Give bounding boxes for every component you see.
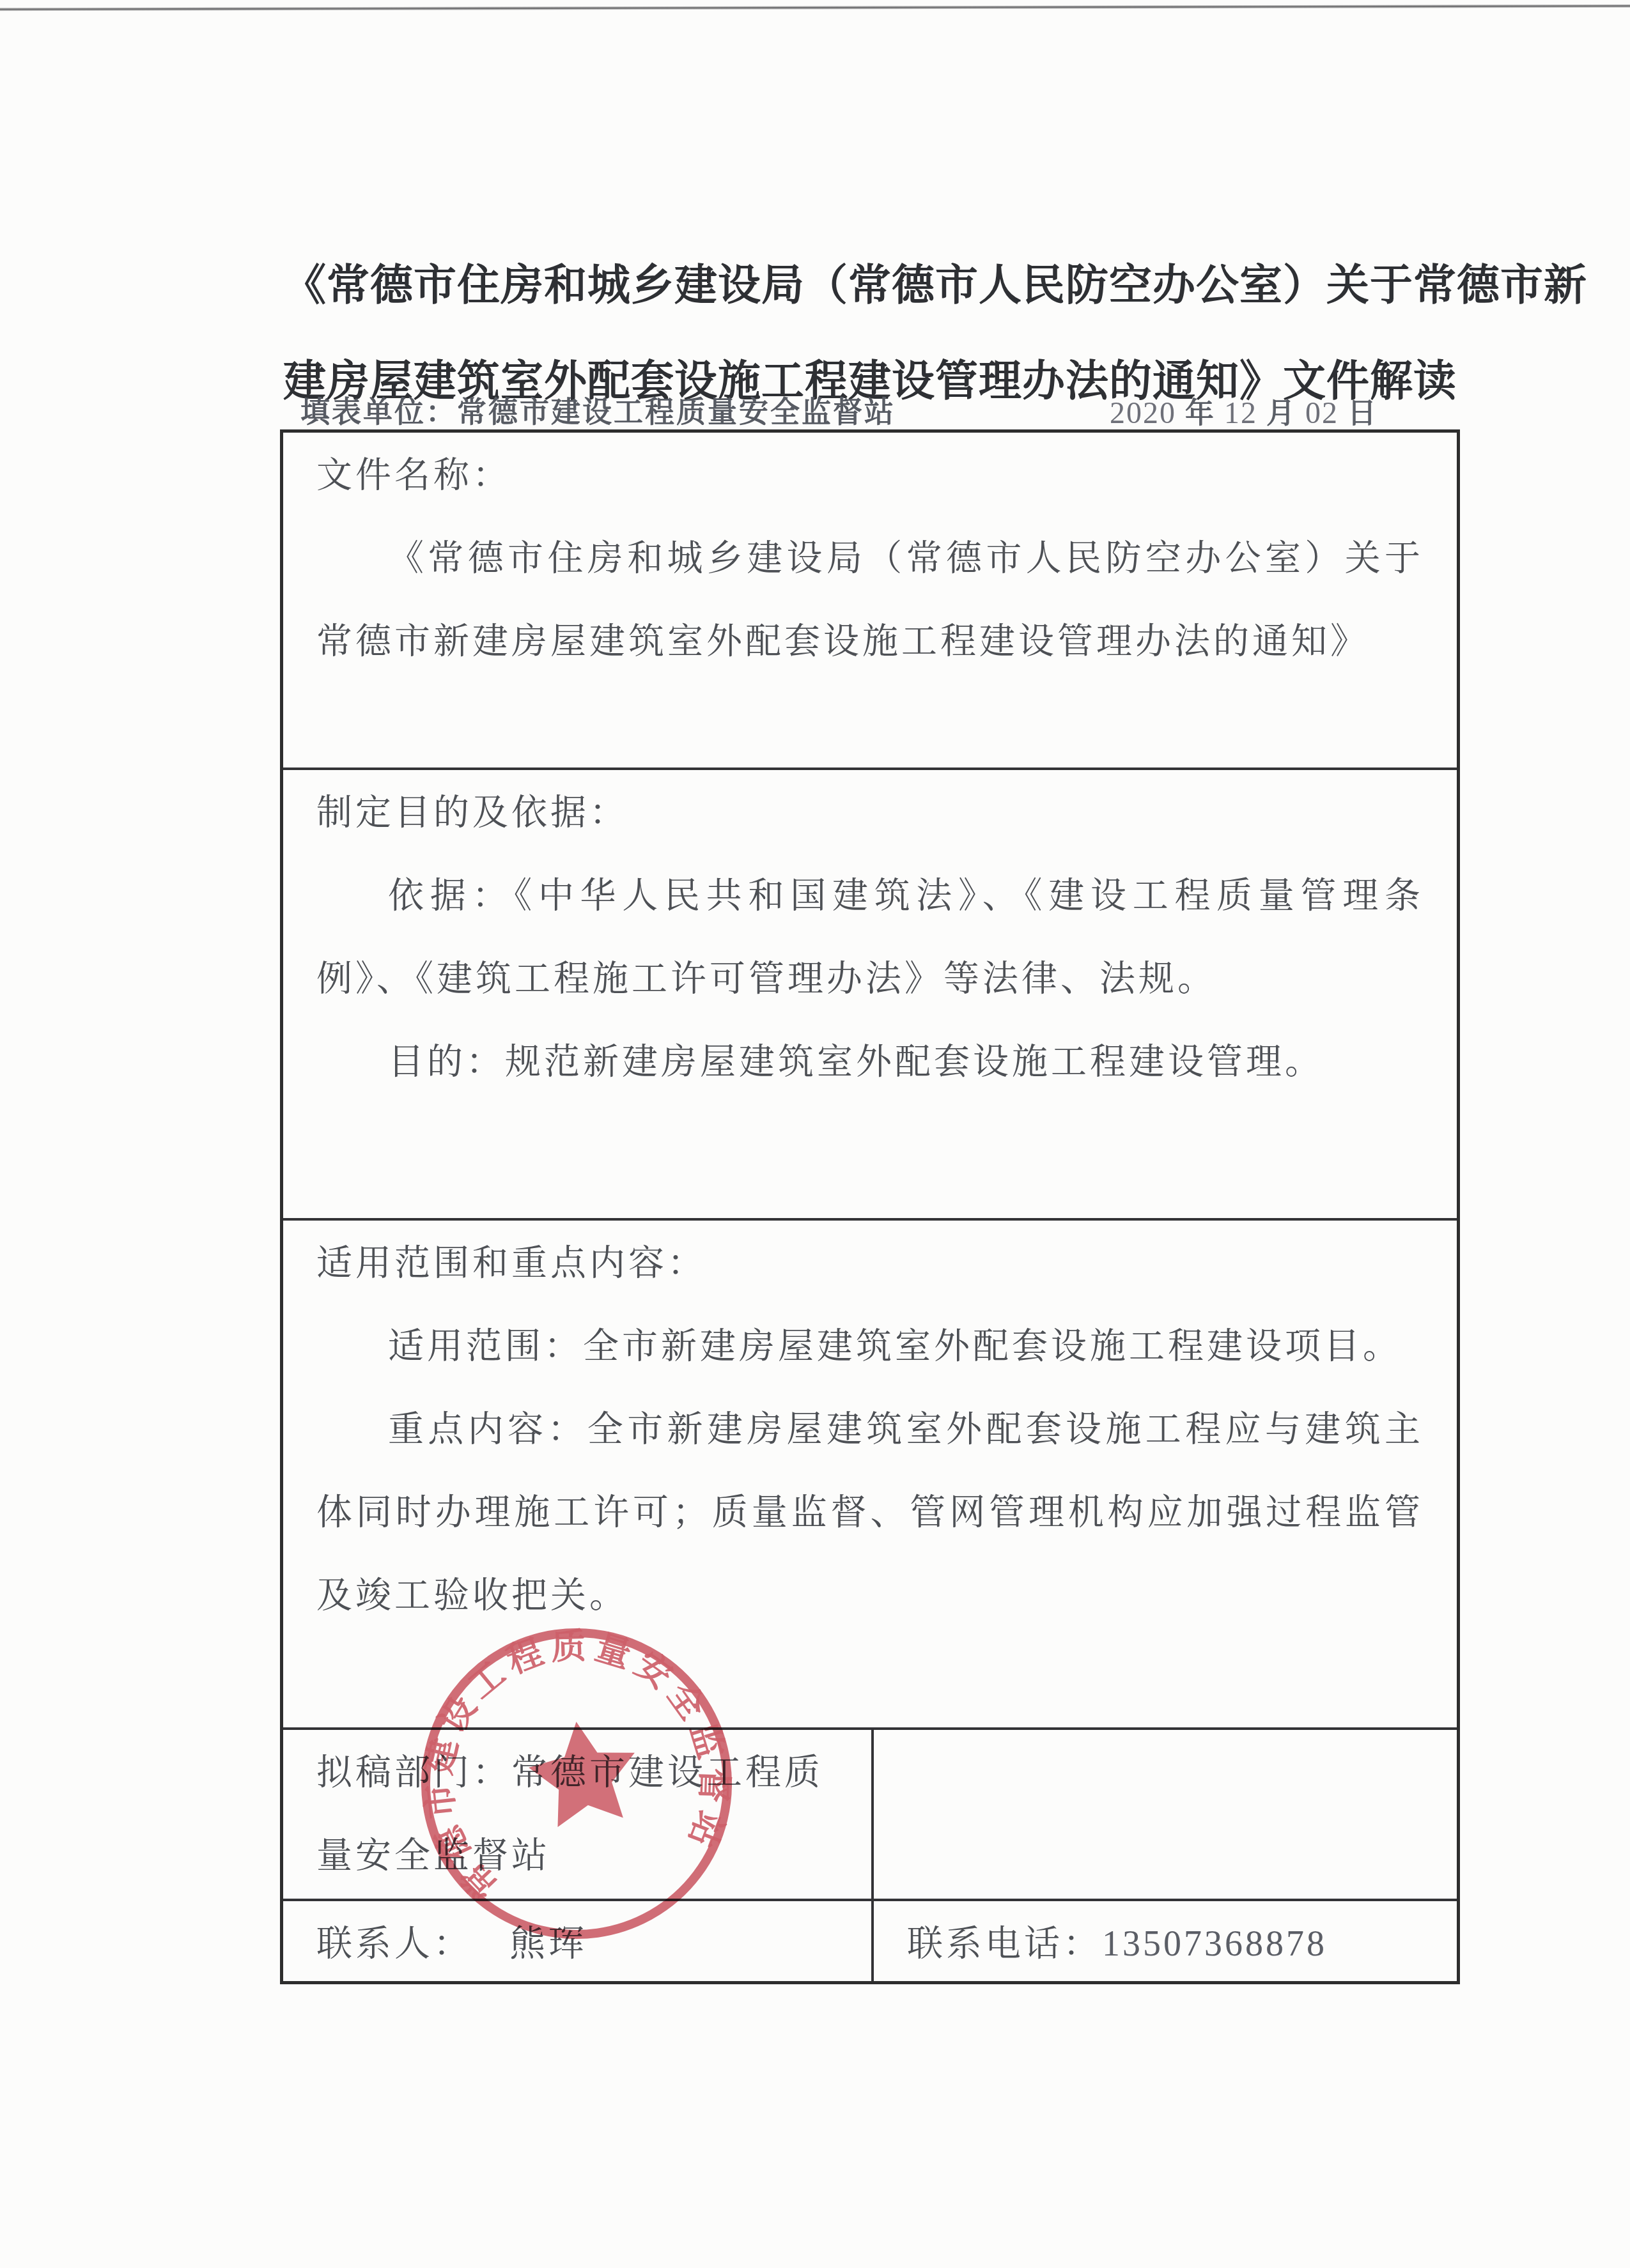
meta-line: 填表单位：常德市建设工程质量安全监督站 2020年12月02日 — [300, 389, 1460, 428]
basis-paragraph: 依据：《中华人民共和国建筑法》、《建设工程质量管理条例》、《建筑工程施工许可管理… — [316, 854, 1424, 1021]
file-name-label: 文件名称： — [316, 434, 1424, 517]
fill-unit-label: 填表单位： — [300, 395, 457, 428]
scan-edge-artifact — [0, 4, 1630, 11]
drafting-dept-label: 拟稿部门： — [316, 1753, 511, 1793]
file-name-text: 《常德市住房和城乡建设局（常德市人民防空办公室）关于常德市新建房屋建筑室外配套设… — [316, 517, 1424, 683]
purpose-basis-label: 制定目的及依据： — [316, 771, 1424, 854]
contact-label: 联系人： — [316, 1924, 472, 1964]
scope-content-cell: 适用范围和重点内容： 适用范围：全市新建房屋建筑室外配套设施工程建设项目。 重点… — [283, 1221, 1457, 1727]
key-content-paragraph: 重点内容：全市新建房屋建筑室外配套设施工程应与建筑主体同时办理施工许可；质量监督… — [316, 1388, 1424, 1637]
phone-label: 联系电话： — [907, 1924, 1102, 1964]
contact-cell: 联系人：熊珲 — [283, 1901, 874, 1981]
purpose-paragraph: 目的：规范新建房屋建筑室外配套设施工程建设管理。 — [316, 1021, 1424, 1104]
table-row-drafting-dept: 拟稿部门：常德市建设工程质量安全监督站 — [283, 1727, 1457, 1899]
date-year-unit: 年 — [1185, 397, 1215, 429]
contact-name: 熊珲 — [509, 1924, 587, 1964]
scope-paragraph: 适用范围：全市新建房屋建筑室外配套设施工程建设项目。 — [316, 1305, 1424, 1388]
date-day-unit: 日 — [1347, 397, 1378, 429]
table-row-purpose-basis: 制定目的及依据： 依据：《中华人民共和国建筑法》、《建设工程质量管理条例》、《建… — [283, 768, 1457, 1218]
date-day: 02 — [1305, 396, 1339, 430]
fill-unit-value: 常德市建设工程质量安全监督站 — [457, 395, 896, 428]
table-row-contact: 联系人：熊珲 联系电话：13507368878 — [283, 1899, 1457, 1981]
date-month: 12 — [1224, 396, 1257, 430]
table-row-scope-content: 适用范围和重点内容： 适用范围：全市新建房屋建筑室外配套设施工程建设项目。 重点… — [283, 1218, 1457, 1727]
document-table: 文件名称： 《常德市住房和城乡建设局（常德市人民防空办公室）关于常德市新建房屋建… — [280, 429, 1460, 1984]
date-year: 2020 — [1110, 396, 1176, 430]
fill-date: 2020年12月02日 — [1103, 390, 1380, 431]
drafting-dept-cell: 拟稿部门：常德市建设工程质量安全监督站 — [283, 1730, 874, 1899]
phone-value: 13507368878 — [1102, 1924, 1327, 1964]
purpose-basis-cell: 制定目的及依据： 依据：《中华人民共和国建筑法》、《建设工程质量管理条例》、《建… — [283, 770, 1457, 1218]
document-title-line-1: 《常德市住房和城乡建设局（常德市人民防空办公室）关于常德市新 — [283, 238, 1434, 334]
table-row-file-name: 文件名称： 《常德市住房和城乡建设局（常德市人民防空办公室）关于常德市新建房屋建… — [283, 433, 1457, 768]
phone-cell: 联系电话：13507368878 — [874, 1901, 1457, 1981]
date-month-unit: 月 — [1266, 397, 1296, 429]
scope-content-label: 适用范围和重点内容： — [316, 1222, 1424, 1305]
file-name-cell: 文件名称： 《常德市住房和城乡建设局（常德市人民防空办公室）关于常德市新建房屋建… — [283, 433, 1457, 768]
drafting-dept-empty-cell — [874, 1730, 1457, 1899]
